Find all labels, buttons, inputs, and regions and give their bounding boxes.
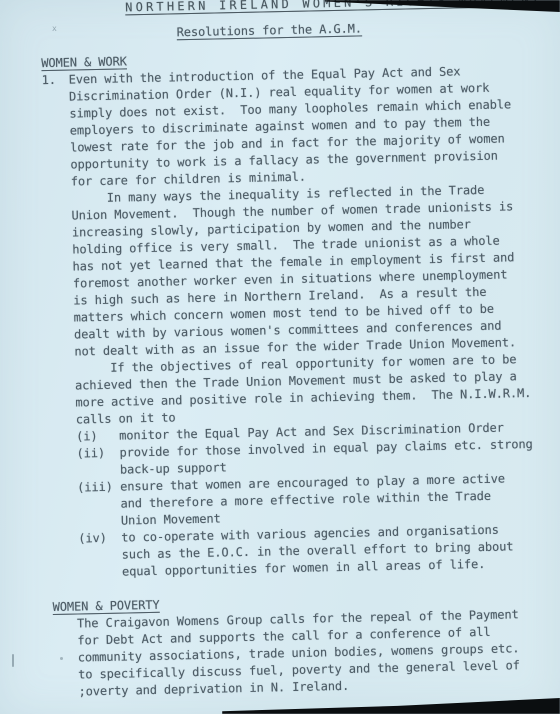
- paragraph-craigavon: The Craigavon Womens Group calls for the…: [77, 606, 549, 701]
- list-item-text: ensure that women are encouraged to play…: [120, 470, 548, 530]
- resolution-number: 1.: [42, 72, 57, 89]
- list-item-marker: (iv): [78, 530, 122, 582]
- list-item-text: to co-operate with various agencies and …: [121, 521, 549, 581]
- list-item-marker: (ii): [76, 445, 120, 480]
- resolution-list: (i) monitor the Equal Pay Act and Sex Di…: [76, 419, 549, 582]
- list-item: (iv) to co-operate with various agencies…: [78, 521, 549, 582]
- scanned-document-page: NORTHERN IRELAND WOMEN'S RIGHTS MOVEMENT…: [0, 0, 560, 714]
- section-heading-women-and-work: WOMEN & WORK: [41, 53, 127, 72]
- scan-speck: [60, 657, 63, 660]
- list-item-marker: (i): [76, 428, 119, 446]
- list-item-marker: (iii): [77, 479, 121, 531]
- paragraph-equal-pay: Even with the introduction of the Equal …: [69, 62, 541, 191]
- scan-speck: [12, 654, 14, 667]
- paragraph-objectives: If the objectives of real opportunity fo…: [75, 350, 556, 428]
- page-content: NORTHERN IRELAND WOMEN'S RIGHTS MOVEMENT…: [0, 0, 560, 714]
- scan-speck: x: [52, 26, 58, 32]
- document-subtitle: Resolutions for the A.G.M.: [177, 20, 363, 41]
- paragraph-trade-union: In many ways the inequality is reflected…: [71, 181, 544, 361]
